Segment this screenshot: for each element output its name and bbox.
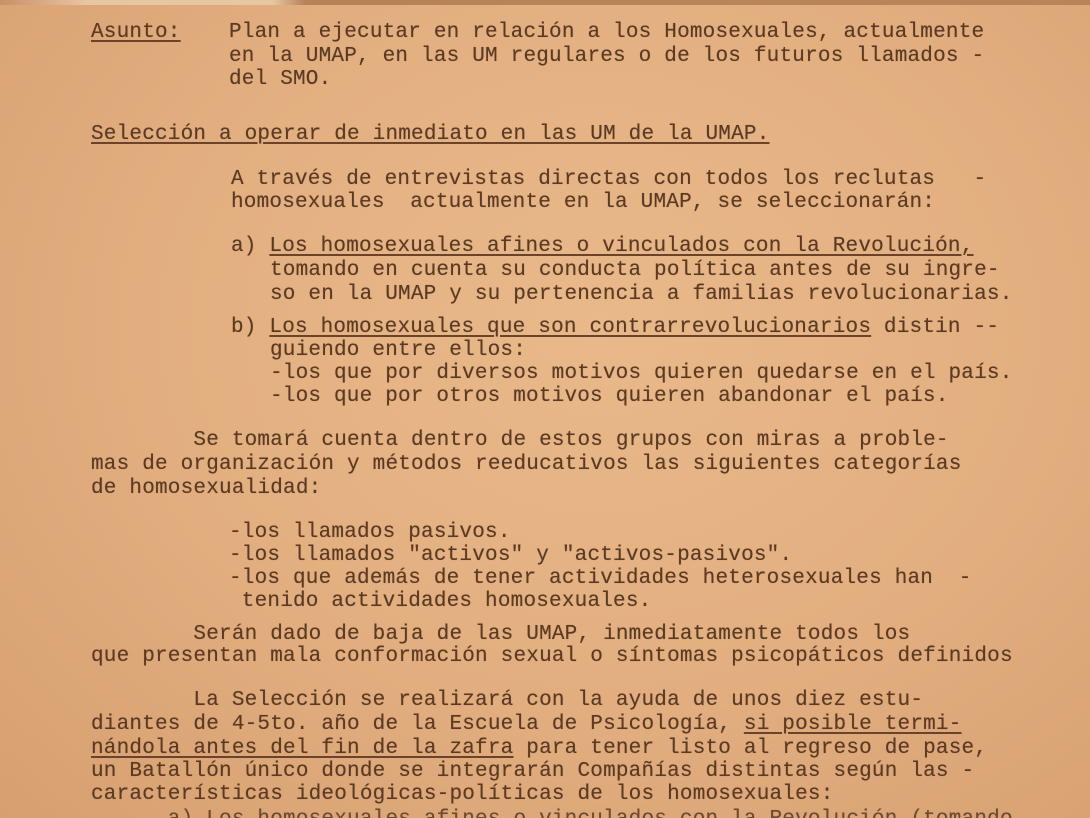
selection-line-3-plain: para tener listo al regreso de pase, <box>513 737 987 760</box>
selection-para-line-1: La Selección se realizará con la ayuda d… <box>91 689 923 713</box>
item-b-first-line: b) Los homosexuales que son contrarrevol… <box>231 316 999 340</box>
category-2: -los llamados "activos" y "activos-pasiv… <box>229 544 792 568</box>
selection-para-line-4: un Batallón único donde se integrarán Co… <box>91 760 974 784</box>
item-a-line-2: tomando en cuenta su conducta política a… <box>270 259 1000 283</box>
category-1: -los llamados pasivos. <box>229 521 511 545</box>
item-b-rest: distin -- <box>871 316 999 339</box>
discharge-para-line-2: que presentan mala conformación sexual o… <box>91 645 1013 669</box>
cut-off-line: a) Los homosexuales afines o vinculados … <box>91 808 1013 818</box>
selection-para-line-5: características ideológicas-políticas de… <box>91 783 834 807</box>
categories-para-line-2: mas de organización y métodos reeducativ… <box>91 453 962 477</box>
selection-para-line-3: nándola antes del fin de la zafra para t… <box>91 737 987 761</box>
selection-line-3-underlined: nándola antes del fin de la zafra <box>91 737 513 760</box>
item-b-underlined: Los homosexuales que son contrarrevoluci… <box>269 316 871 339</box>
category-3-continued: tenido actividades homosexuales. <box>229 590 651 614</box>
typewritten-document: Asunto: Plan a ejecutar en relación a lo… <box>0 0 1090 818</box>
subject-label: Asunto: <box>91 21 181 45</box>
subject-line-1: Plan a ejecutar en relación a los Homose… <box>229 21 984 45</box>
selection-line-2-underlined: si posible termi- <box>744 713 962 736</box>
discharge-para-line-1: Serán dado de baja de las UMAP, inmediat… <box>91 623 910 647</box>
item-a-underlined: Los homosexuales afines o vinculados con… <box>269 235 973 258</box>
selection-para-line-2: diantes de 4-5to. año de la Escuela de P… <box>91 713 962 737</box>
item-b-line-4: -los que por otros motivos quieren aband… <box>270 385 949 409</box>
item-b-marker: b) <box>231 316 257 339</box>
section-heading: Selección a operar de inmediato en las U… <box>91 123 770 147</box>
categories-para-line-1: Se tomará cuenta dentro de estos grupos … <box>91 429 949 453</box>
subject-line-3: del SMO. <box>229 68 331 92</box>
item-b-line-2: guiendo entre ellos: <box>270 339 526 363</box>
item-b-line-3: -los que por diversos motivos quieren qu… <box>270 362 1013 386</box>
intro-line-2: homosexuales actualmente en la UMAP, se … <box>231 191 935 215</box>
intro-line-1: A través de entrevistas directas con tod… <box>231 168 986 192</box>
item-a-line-3: so en la UMAP y su pertenencia a familia… <box>270 283 1013 307</box>
selection-line-2-plain: diantes de 4-5to. año de la Escuela de P… <box>91 713 744 736</box>
subject-line-2: en la UMAP, en las UM regulares o de los… <box>229 45 984 69</box>
item-a-marker: a) <box>231 235 257 258</box>
category-3: -los que además de tener actividades het… <box>229 567 972 591</box>
categories-para-line-3: de homosexualidad: <box>91 477 321 501</box>
item-a-first-line: a) Los homosexuales afines o vinculados … <box>231 235 974 259</box>
